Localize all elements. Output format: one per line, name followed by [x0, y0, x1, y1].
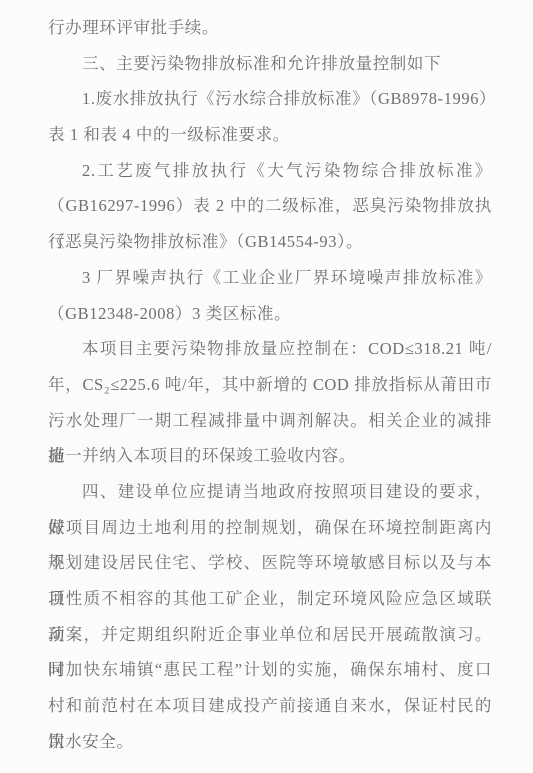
text-line: 施一并纳入本项目的环保竣工验收内容。	[48, 438, 492, 474]
text-line: 污水处理厂一期工程减排量中调剂解决。相关企业的减排措	[48, 403, 492, 439]
text-line: 目性质不相容的其他工矿企业，制定环境风险应急区域联动	[48, 581, 492, 617]
text-line: 村和前范村在本项目建成投产前接通自来水，保证村民的饮	[48, 688, 492, 724]
text-line: 时加快东埔镇“惠民工程”计划的实施，确保东埔村、度口	[48, 652, 492, 688]
text-line: 2.工艺废气排放执行《大气污染物综合排放标准》	[48, 153, 492, 189]
text-line: 年，CS₂≤225.6 吨/年，其中新增的 COD 排放指标从莆田市	[48, 367, 492, 403]
text-line: 3 厂界噪声执行《工业企业厂界环境噪声排放标准》	[48, 260, 492, 296]
text-line: 用水安全。	[48, 724, 492, 760]
text-line: 四、建设单位应提请当地政府按照项目建设的要求，做	[48, 474, 492, 510]
text-line: 《恶臭污染物排放标准》（GB14554-93）。	[48, 224, 492, 260]
document-page: 行办理环评审批手续。 三、主要污染物排放标准和允许排放量控制如下 1.废水排放执…	[0, 0, 533, 773]
text-line: 本项目主要污染物排放量应控制在：COD≤318.21 吨/	[48, 331, 492, 367]
text-line: 三、主要污染物排放标准和允许排放量控制如下	[48, 46, 492, 82]
text-line: 表 1 和表 4 中的一级标准要求。	[48, 117, 492, 153]
text-line: （GB12348-2008）3 类区标准。	[48, 296, 492, 332]
text-line: 好项目周边土地利用的控制规划，确保在环境控制距离内不	[48, 510, 492, 546]
text-line: （GB16297-1996）表 2 中的二级标准，恶臭污染物排放执行	[48, 188, 492, 224]
text-line: 1.废水排放执行《污水综合排放标准》（GB8978-1996）	[48, 81, 492, 117]
text-line: 行办理环评审批手续。	[48, 10, 492, 46]
text-line: 规划建设居民住宅、学校、医院等环境敏感目标以及与本项	[48, 545, 492, 581]
text-line: 预案，并定期组织附近企事业单位和居民开展疏散演习。同	[48, 617, 492, 653]
